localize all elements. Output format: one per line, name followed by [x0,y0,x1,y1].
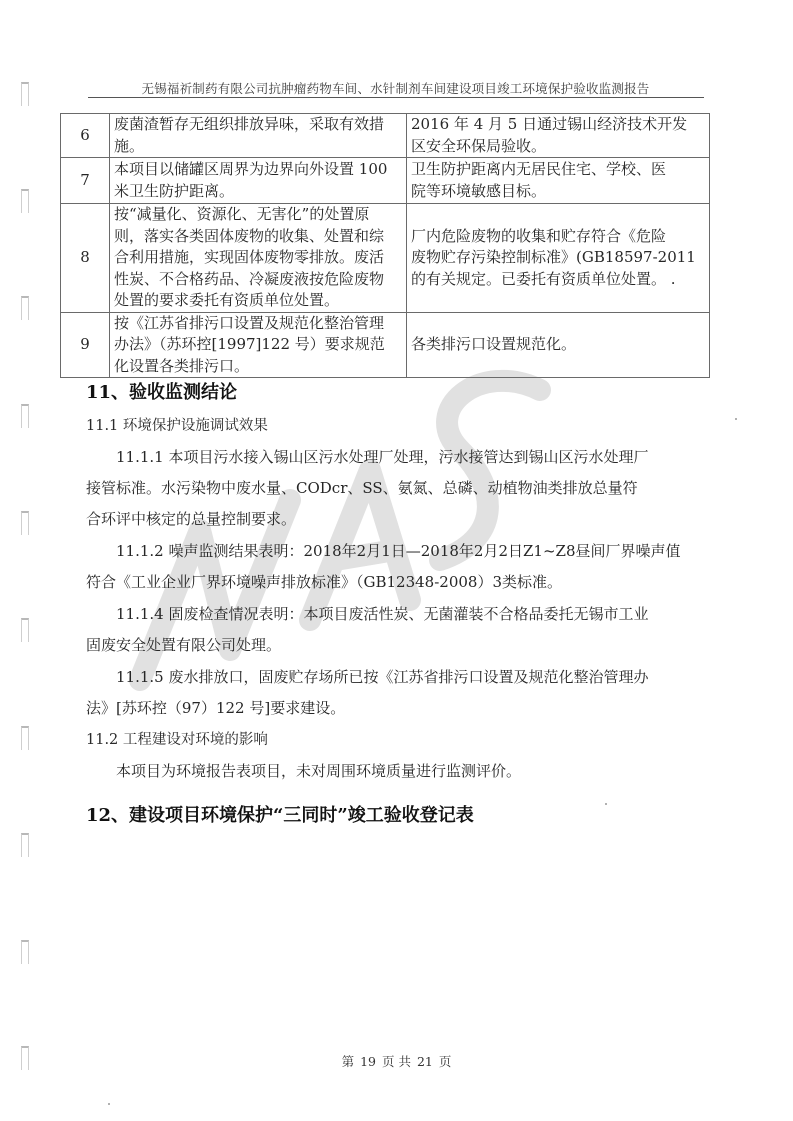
table-row: 7 本项目以储罐区周界为边界向外设置 100 米卫生防护距离。 卫生防护距离内无… [61,158,710,204]
binding-mark [21,511,29,535]
page-suffix: 页 [439,1054,452,1069]
section-11-1-heading: 11.1 环境保护设施调试效果 [86,414,268,435]
cell-line: 本项目以储罐区周界为边界向外设置 100 [114,159,402,181]
binding-mark [21,618,29,642]
cell-line: 区安全环保局验收。 [411,136,705,158]
requirement-cell: 废菌渣暂存无组织排放异味，采取有效措 施。 [110,114,407,158]
binding-mark [21,189,29,213]
document-header-title: 无锡福祈制药有限公司抗肿瘤药物车间、水针制剂车间建设项目竣工环境保护验收监测报告 [88,79,703,97]
row-number: 9 [61,312,110,378]
requirement-cell: 按《江苏省排污口设置及规范化整治管理 办法》（苏环控[1997]122 号）要求… [110,312,407,378]
result-cell: 卫生防护距离内无居民住宅、学校、医 院等环境敏感目标。 [407,158,710,204]
paragraph-11-1-5-line: 11.1.5 废水排放口，固废贮存场所已按《江苏省排污口设置及规范化整治管理办 [116,666,648,687]
row-number: 7 [61,158,110,204]
page-current: 19 [360,1054,376,1069]
paragraph-11-1-2-line: 符合《工业企业厂界环境噪声排放标准》（GB12348-2008）3类标准。 [86,571,562,592]
scan-speck [735,418,737,420]
paragraph-11-2: 本项目为环境报告表项目，未对周围环境质量进行监测评价。 [116,760,521,781]
paragraph-11-1-4-line: 11.1.4 固废检查情况表明：本项目废活性炭、无菌灌装不合格品委托无锡市工业 [116,603,648,624]
cell-line: 施。 [114,136,402,158]
binding-mark [21,82,29,106]
cell-line: 厂内危险废物的收集和贮存符合《危险 [411,226,705,248]
section-11-heading: 11、验收监测结论 [86,378,237,404]
row-number: 8 [61,204,110,313]
cell-line: 院等环境敏感目标。 [411,181,705,203]
scan-speck [605,803,607,805]
page-prefix: 第 [342,1054,355,1069]
paragraph-11-1-5-line: 法》[苏环控（97）122 号]要求建设。 [86,697,345,718]
result-cell: 厂内危险废物的收集和贮存符合《危险 废物贮存污染控制标准》(GB18597-20… [407,204,710,313]
requirement-cell: 按“减量化、资源化、无害化”的处置原 则，落实各类固体废物的收集、处置和综 合利… [110,204,407,313]
page-footer: 第19页 共21页 [0,1052,793,1070]
cell-line: 则，落实各类固体废物的收集、处置和综 [114,226,402,248]
table-row: 8 按“减量化、资源化、无害化”的处置原 则，落实各类固体废物的收集、处置和综 … [61,204,710,313]
paragraph-11-1-1-line: 合环评中核定的总量控制要求。 [86,508,296,529]
cell-line: 处置的要求委托有资质单位处置。 [114,290,402,312]
section-11-2-heading: 11.2 工程建设对环境的影响 [86,728,268,749]
cell-line: 的有关规定。已委托有资质单位处置。 . [411,269,705,291]
cell-line: 按“减量化、资源化、无害化”的处置原 [114,204,402,226]
binding-mark [21,726,29,750]
binding-mark [21,833,29,857]
header-rule [88,97,704,98]
result-cell: 2016 年 4 月 5 日通过锡山经济技术开发 区安全环保局验收。 [407,114,710,158]
scan-speck [108,1103,110,1105]
binding-mark [21,404,29,428]
cell-line: 各类排污口设置规范化。 [411,334,705,356]
cell-line: 按《江苏省排污口设置及规范化整治管理 [114,313,402,335]
cell-line: 卫生防护距离内无居民住宅、学校、医 [411,159,705,181]
paragraph-11-1-4-line: 固废安全处置有限公司处理。 [86,634,281,655]
cell-line: 性炭、不合格药品、冷凝废液按危险废物 [114,269,402,291]
cell-line: 合利用措施，实现固体废物零排放。废活 [114,247,402,269]
page-total: 21 [417,1054,433,1069]
paragraph-11-1-2-line: 11.1.2 噪声监测结果表明：2018年2月1日—2018年2月2日Z1~Z8… [116,540,681,561]
cell-line: 化设置各类排污口。 [114,356,402,378]
cell-line: 废菌渣暂存无组织排放异味，采取有效措 [114,114,402,136]
table-row: 9 按《江苏省排污口设置及规范化整治管理 办法》（苏环控[1997]122 号）… [61,312,710,378]
table-row: 6 废菌渣暂存无组织排放异味，采取有效措 施。 2016 年 4 月 5 日通过… [61,114,710,158]
acceptance-table: 6 废菌渣暂存无组织排放异味，采取有效措 施。 2016 年 4 月 5 日通过… [60,113,710,378]
result-cell: 各类排污口设置规范化。 [407,312,710,378]
cell-line: 办法》（苏环控[1997]122 号）要求规范 [114,334,402,356]
requirement-cell: 本项目以储罐区周界为边界向外设置 100 米卫生防护距离。 [110,158,407,204]
binding-mark [21,940,29,964]
paragraph-11-1-1-line: 11.1.1 本项目污水接入锡山区污水处理厂处理，污水接管达到锡山区污水处理厂 [116,446,648,467]
paragraph-11-1-1-line: 接管标准。水污染物中废水量、CODcr、SS、氨氮、总磷、动植物油类排放总量符 [86,477,638,498]
row-number: 6 [61,114,110,158]
cell-line: 废物贮存污染控制标准》(GB18597-2011 [411,247,705,269]
cell-line: 2016 年 4 月 5 日通过锡山经济技术开发 [411,114,705,136]
section-12-heading: 12、建设项目环境保护“三同时”竣工验收登记表 [86,801,474,827]
page-mid: 页 共 [382,1054,411,1069]
binding-mark [21,296,29,320]
cell-line: 米卫生防护距离。 [114,181,402,203]
